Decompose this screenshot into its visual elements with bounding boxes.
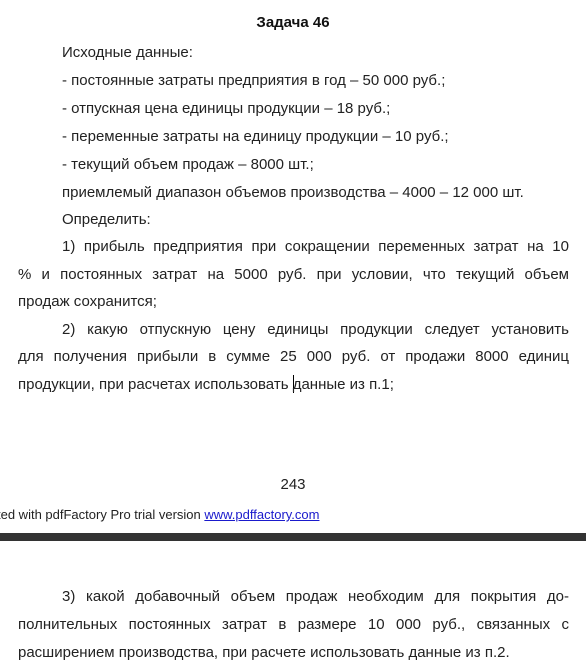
question-3-line-1: 3) какой добавочный объем продаж необход… xyxy=(62,588,569,605)
question-2-line-3-start: продукции, при расчетах использовать xyxy=(18,376,293,393)
given-item-unit-price: - отпускная цена единицы продукции – 18 … xyxy=(62,100,390,117)
question-2-line-2: для получения прибыли в сумме 25 000 руб… xyxy=(18,348,569,365)
question-2-line-3-end: данные из п.1; xyxy=(293,376,394,393)
task-title: Задача 46 xyxy=(0,14,586,31)
given-item-fixed-costs: - постоянные затраты предприятия в год –… xyxy=(62,72,445,89)
question-3-line-2: полнительных постоянных затрат в размере… xyxy=(18,616,569,633)
document-page-243: Задача 46 Исходные данные: - постоянные … xyxy=(0,0,586,533)
given-data-heading: Исходные данные: xyxy=(62,44,193,61)
question-2-line-1: 2) какую отпускную цену единицы продукци… xyxy=(62,321,569,338)
question-2-line-3: продукции, при расчетах использовать дан… xyxy=(18,375,394,393)
question-1-line-2: % и постоянных затрат на 5000 руб. при у… xyxy=(18,266,569,283)
footer-text: ted with pdfFactory Pro trial version xyxy=(0,507,204,522)
question-1-line-3: продаж сохранится; xyxy=(18,293,157,310)
question-3-line-3: расширением производства, при расчете ис… xyxy=(18,644,510,661)
determine-heading: Определить: xyxy=(62,211,151,228)
pdffactory-link[interactable]: www.pdffactory.com xyxy=(204,507,319,522)
given-item-variable-costs: - переменные затраты на единицу продукци… xyxy=(62,128,449,145)
pdf-footer: ted with pdfFactory Pro trial version ww… xyxy=(0,507,319,522)
given-item-production-range: приемлемый диапазон объемов производства… xyxy=(62,184,524,201)
page-number: 243 xyxy=(0,476,586,493)
page-separator xyxy=(0,533,586,541)
document-page-244: 3) какой добавочный объем продаж необход… xyxy=(0,541,586,671)
question-1-line-1: 1) прибыль предприятия при сокращении пе… xyxy=(62,238,569,255)
given-item-sales-volume: - текущий объем продаж – 8000 шт.; xyxy=(62,156,314,173)
